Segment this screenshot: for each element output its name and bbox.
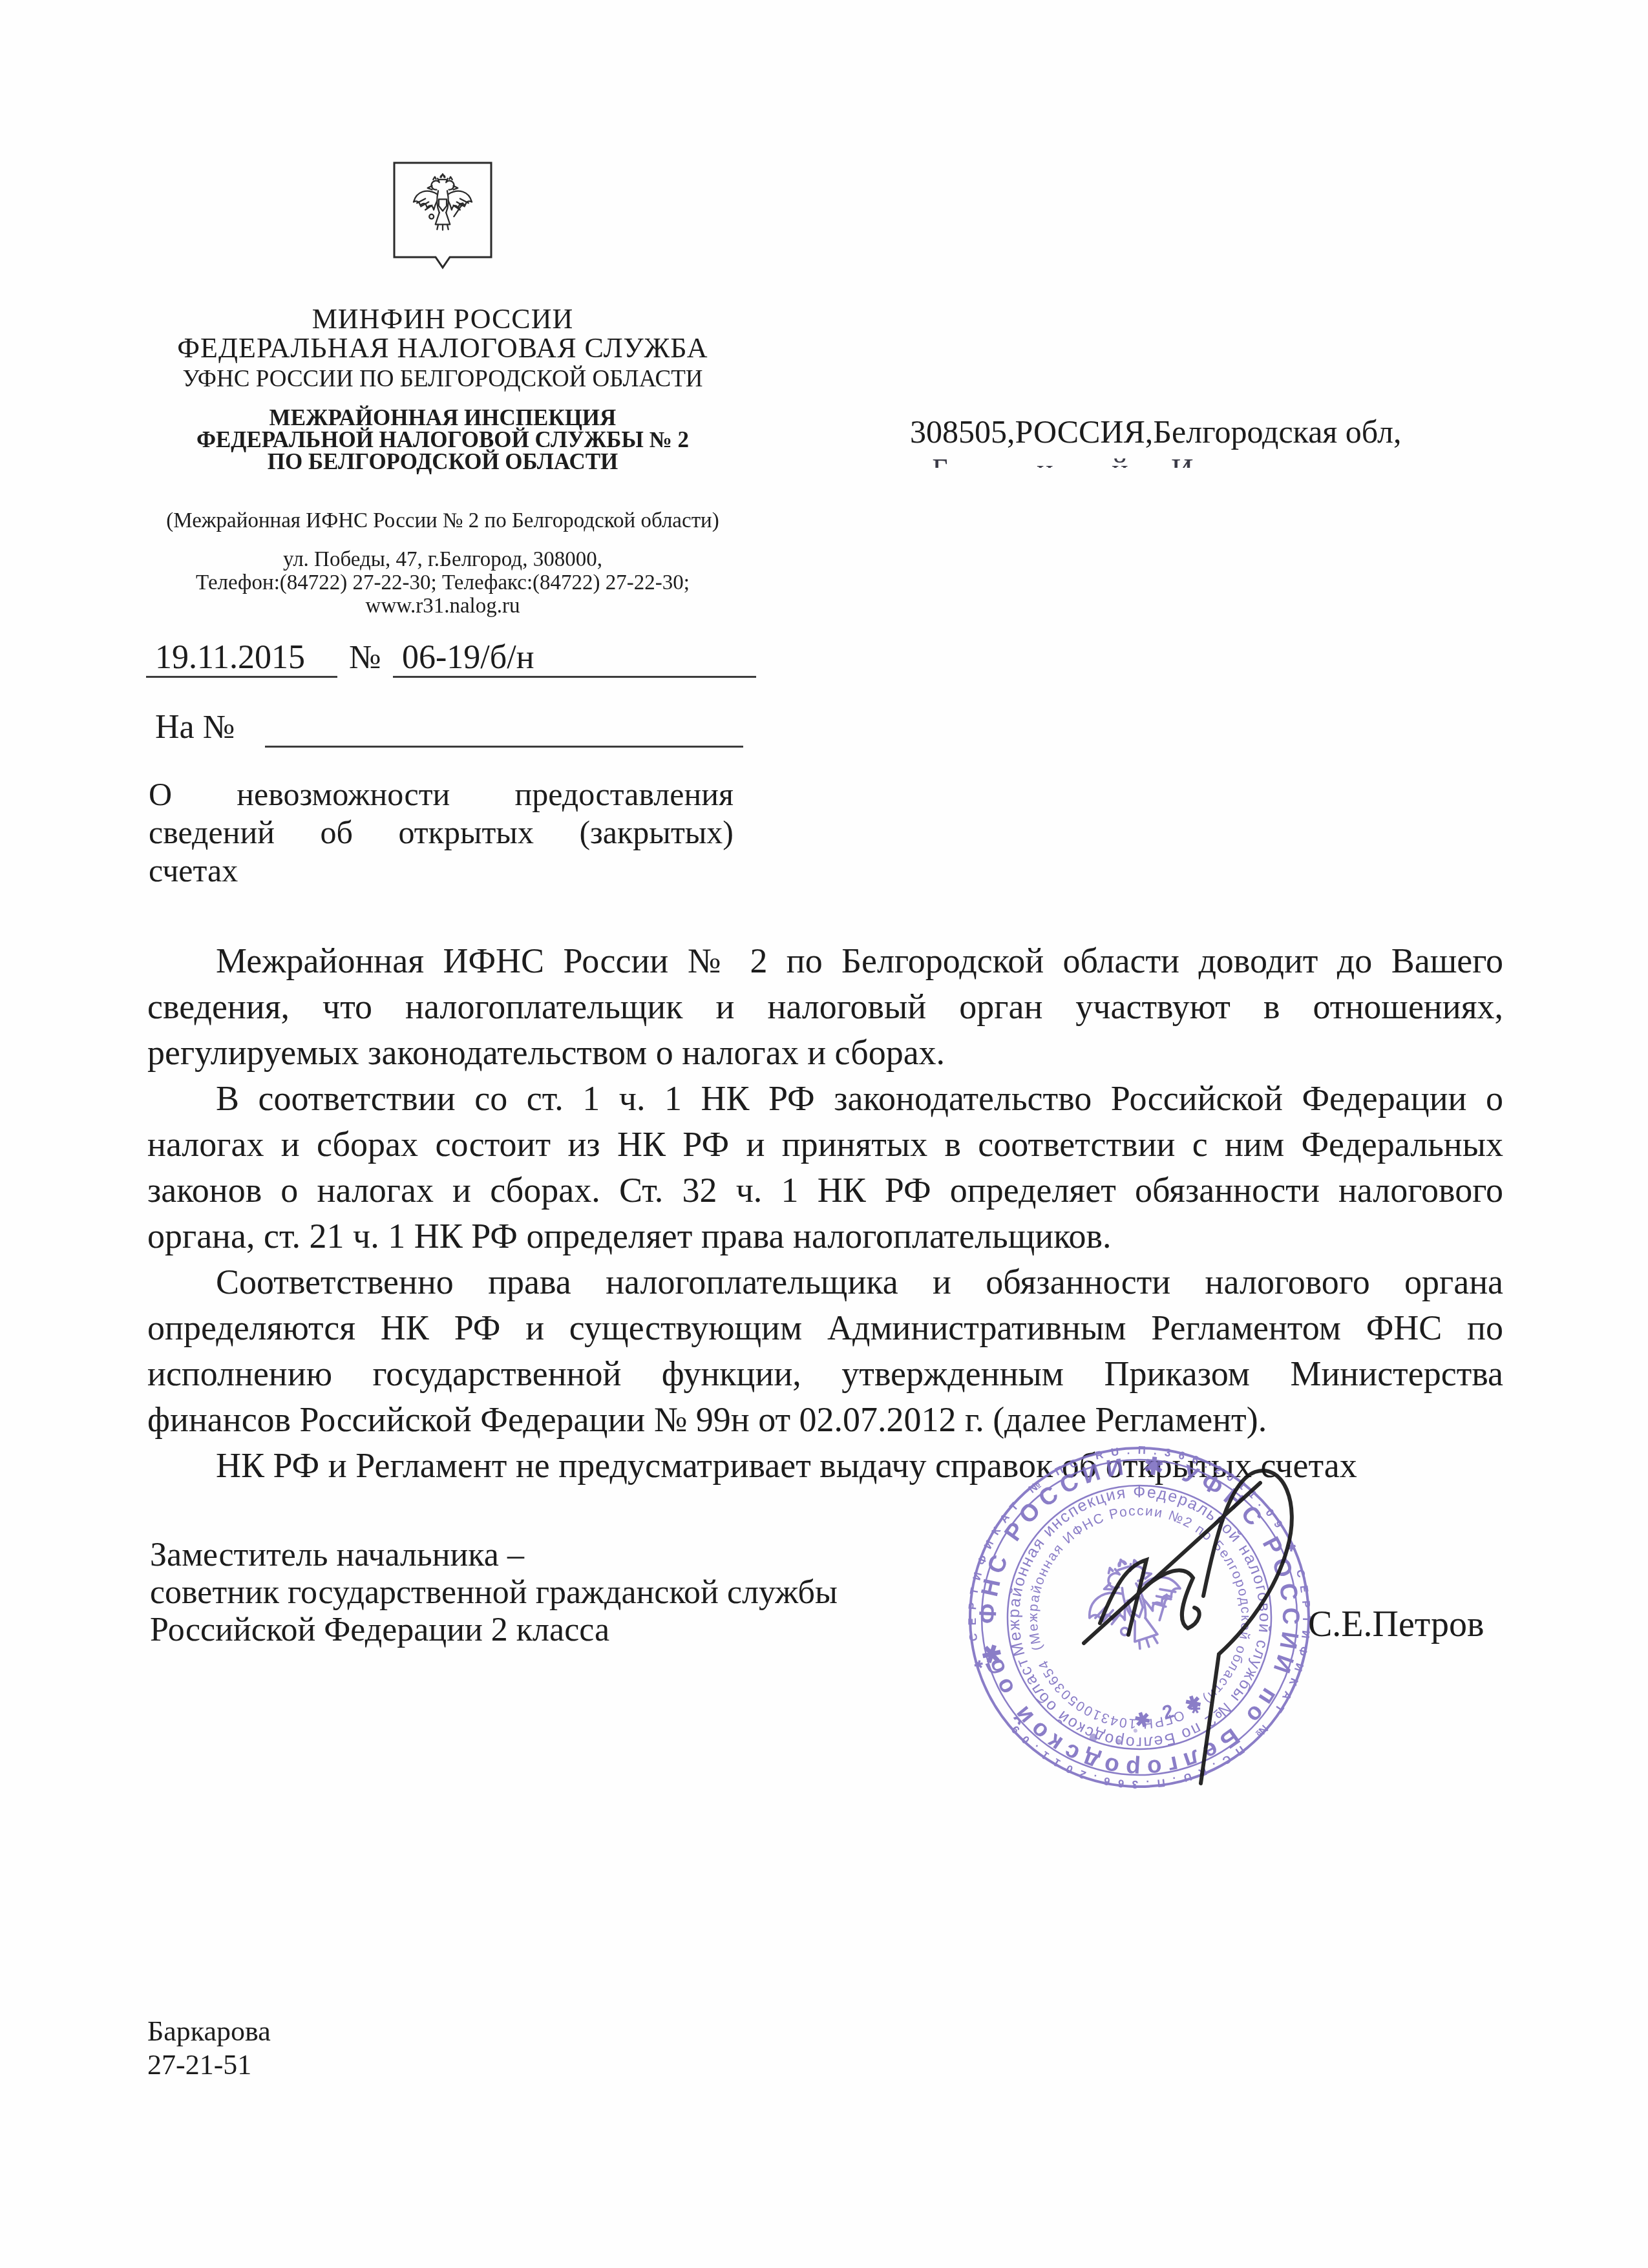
inspection-name-line3: ПО БЕЛГОРОДСКОЙ ОБЛАСТИ bbox=[110, 451, 776, 473]
date-underline bbox=[146, 676, 337, 678]
body-line: Межрайонная ИФНС России № 2 по Белгородс… bbox=[147, 938, 1503, 984]
body-line: финансов Российской Федерации № 99н от 0… bbox=[147, 1397, 1503, 1443]
signer-title-block: Заместитель начальника – советник госуда… bbox=[150, 1537, 1055, 1649]
number-sign: № bbox=[349, 638, 381, 677]
recipient-block: 308505,РОССИЯ,Белгородская обл, Б и й И bbox=[910, 414, 1517, 468]
body-line: В соответствии со ст. 1 ч. 1 НК РФ закон… bbox=[147, 1076, 1503, 1122]
body-line: определяются НК РФ и существующим Админи… bbox=[147, 1305, 1503, 1351]
letterhead-phones: Телефон:(84722) 27-22-30; Телефакс:(8472… bbox=[110, 571, 776, 594]
paragraph: В соответствии со ст. 1 ч. 1 НК РФ закон… bbox=[147, 1076, 1503, 1259]
letter-date: 19.11.2015 bbox=[155, 638, 305, 677]
body-line: исполнению государственной функции, утве… bbox=[147, 1351, 1503, 1397]
letterhead-website: www.r31.nalog.ru bbox=[110, 594, 776, 618]
letter-number: 06-19/б/н bbox=[402, 638, 534, 677]
subject-line: сведений об открытых (закрытых) bbox=[149, 814, 734, 852]
letter-body: Межрайонная ИФНС России № 2 по Белгородс… bbox=[147, 938, 1503, 1489]
subject-block: О невозможности предоставления сведений … bbox=[149, 775, 734, 890]
signer-title-line: советник государственной гражданской слу… bbox=[150, 1574, 1055, 1612]
regional-office-name: УФНС РОССИИ ПО БЕЛГОРОДСКОЙ ОБЛАСТИ bbox=[110, 364, 776, 394]
inspection-name-line1: МЕЖРАЙОННАЯ ИНСПЕКЦИЯ bbox=[110, 407, 776, 429]
executor-block: Баркарова 27-21-51 bbox=[147, 2015, 271, 2082]
number-underline bbox=[393, 676, 756, 678]
executor-phone: 27-21-51 bbox=[147, 2048, 271, 2082]
inspection-short-name: (Межрайонная ИФНС России № 2 по Белгород… bbox=[110, 509, 776, 532]
erased-letter-fragment: И bbox=[1171, 455, 1194, 468]
coat-of-arms-icon bbox=[388, 159, 498, 278]
document-page: МИНФИН РОССИИ ФЕДЕРАЛЬНАЯ НАЛОГОВАЯ СЛУЖ… bbox=[0, 0, 1648, 2268]
reply-underline bbox=[265, 746, 743, 748]
signer-title-line: Российской Федерации 2 класса bbox=[150, 1612, 1055, 1649]
ministry-name: МИНФИН РОССИИ bbox=[110, 304, 776, 335]
letterhead: МИНФИН РОССИИ ФЕДЕРАЛЬНАЯ НАЛОГОВАЯ СЛУЖ… bbox=[110, 159, 776, 618]
signer-title-line: Заместитель начальника – bbox=[150, 1537, 1055, 1574]
body-line: сведения, что налогоплательщик и налогов… bbox=[147, 984, 1503, 1030]
body-line: законов о налогах и сборах. Ст. 32 ч. 1 … bbox=[147, 1168, 1503, 1213]
recipient-address-line: 308505,РОССИЯ,Белгородская обл, bbox=[910, 414, 1517, 450]
subject-line: счетах bbox=[149, 852, 734, 890]
body-line: Соответственно права налогоплательщика и… bbox=[147, 1259, 1503, 1305]
signer-name: С.Е.Петров bbox=[1308, 1604, 1484, 1645]
body-line: органа, ст. 21 ч. 1 НК РФ определяет пра… bbox=[147, 1213, 1503, 1259]
service-name: ФЕДЕРАЛЬНАЯ НАЛОГОВАЯ СЛУЖБА bbox=[110, 335, 776, 362]
inspection-name-line2: ФЕДЕРАЛЬНОЙ НАЛОГОВОЙ СЛУЖБЫ № 2 bbox=[110, 429, 776, 451]
letterhead-address: ул. Победы, 47, г.Белгород, 308000, bbox=[110, 548, 776, 571]
body-line: налогах и сборах состоит из НК РФ и прин… bbox=[147, 1122, 1503, 1168]
reply-to-label: На № bbox=[155, 708, 235, 746]
erased-letter-fragment: Б bbox=[932, 455, 950, 468]
body-line: регулируемых законодательством о налогах… bbox=[147, 1030, 1503, 1076]
executor-name: Баркарова bbox=[147, 2015, 271, 2048]
subject-line: О невозможности предоставления bbox=[149, 775, 734, 814]
erased-letter-fragment: й bbox=[1112, 455, 1128, 468]
paragraph: Соответственно права налогоплательщика и… bbox=[147, 1259, 1503, 1443]
recipient-erased-line: Б и й И bbox=[910, 455, 1272, 468]
paragraph: Межрайонная ИФНС России № 2 по Белгородс… bbox=[147, 938, 1503, 1076]
erased-letter-fragment: и bbox=[1037, 455, 1053, 468]
